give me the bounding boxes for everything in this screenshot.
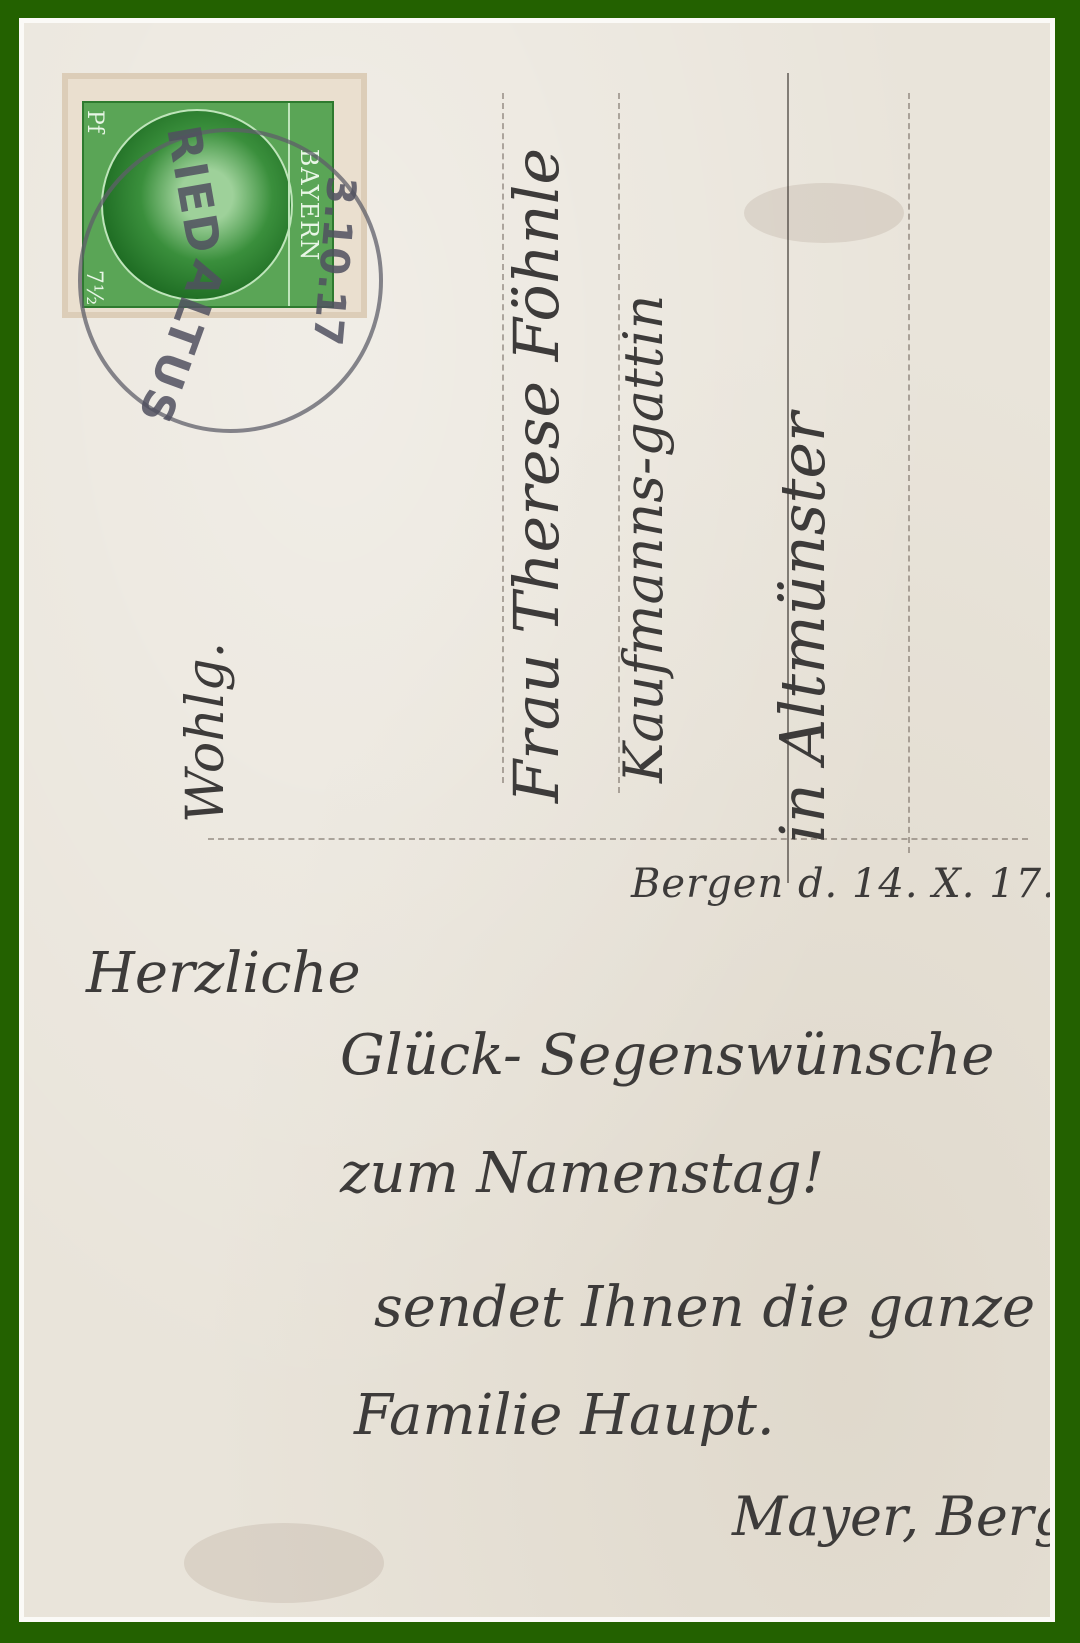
paper-stain bbox=[744, 183, 904, 243]
paper-stain bbox=[184, 1523, 384, 1603]
notation: Wohlg. bbox=[176, 642, 236, 823]
message-line: Glück- Segenswünsche bbox=[340, 1023, 994, 1088]
message-line: sendet Ihnen die ganze bbox=[374, 1275, 1035, 1340]
postcard-back: Pf 7½ BAYERN RIED ALTUS 3.10.17 Wohlg. F… bbox=[24, 23, 1050, 1617]
message-line: Herzliche bbox=[86, 941, 361, 1006]
address-line-4 bbox=[908, 93, 910, 853]
message-signature: Mayer, Bergen bbox=[732, 1485, 1050, 1548]
divider-line bbox=[208, 838, 1028, 840]
address-town: in Altmünster bbox=[766, 412, 839, 843]
address-recipient: Frau Therese Föhnle bbox=[500, 148, 573, 803]
message-date: Bergen d. 14. X. 17. bbox=[631, 861, 1050, 907]
address-occupation: Kaufmanns-gattin bbox=[612, 295, 675, 783]
stamp-unit: Pf bbox=[81, 110, 106, 133]
message-line: zum Namenstag! bbox=[340, 1141, 824, 1206]
message-line: Familie Haupt. bbox=[354, 1383, 775, 1448]
